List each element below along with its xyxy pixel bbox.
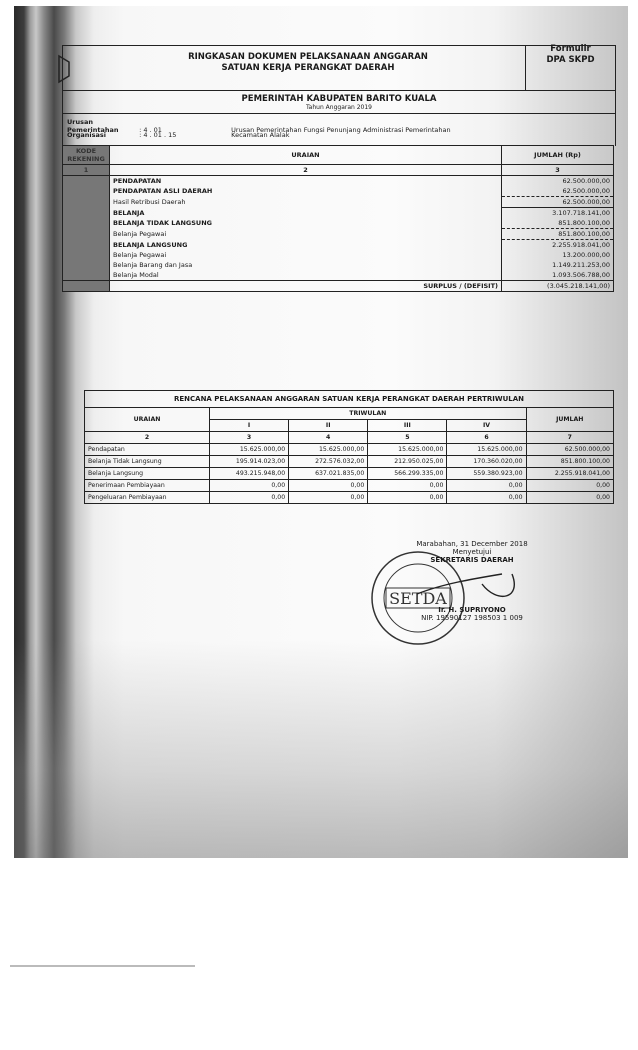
regency-logo-icon [57,54,71,84]
summary-row: PENDAPATAN ASLI DAERAH62.500.000,00 [63,186,614,197]
row-label: PENDAPATAN [110,176,502,187]
quarter-value: 0,00 [447,480,526,492]
row-label: Belanja Barang dan Jasa [110,260,502,270]
quarter-value: 0,00 [289,480,368,492]
q-header-uraian: URAIAN [85,408,210,432]
signature-block: Marabahan, 31 December 2018 Menyetujui S… [382,540,562,622]
q-header-jumlah: JUMLAH [526,408,613,432]
row-amount: 62.500.000,00 [502,176,614,187]
row-amount: 2.255.918.041,00 [502,240,614,251]
row-amount: 62.500.000,00 [502,186,614,197]
quarter-value: 493.215.948,00 [210,468,289,480]
quarter-value: 15.625.000,00 [447,444,526,456]
row-amount: 851.800.100,00 [502,229,614,240]
surplus-row: SURPLUS / (DEFISIT) (3.045.218.141,00) [63,281,614,292]
quarter-value: 0,00 [526,492,613,504]
signatory-position: SEKRETARIS DAERAH [382,556,562,564]
signatory-name: Ir. H. SUPRIYONO [382,606,562,614]
header-jumlah: JUMLAH (Rp) [502,146,614,165]
government-block: PEMERINTAH KABUPATEN BARITO KUALA Tahun … [62,90,616,113]
quarter-value: 15.625.000,00 [368,444,447,456]
signatory-nip: NIP. 19590127 198503 1 009 [382,614,562,622]
signature-scribble-icon [412,564,532,604]
row-label: PENDAPATAN ASLI DAERAH [110,186,502,197]
quarterly-table: URAIAN TRIWULAN JUMLAH I II III IV 2 3 4… [84,407,614,504]
row-amount: 62.500.000,00 [502,197,614,208]
quarter-row: Penerimaan Pembiayaan0,000,000,000,000,0… [85,480,614,492]
quarter-row-label: Belanja Langsung [85,468,210,480]
row-label: BELANJA [110,208,502,219]
quarter-row: Pengeluaran Pembiayaan0,000,000,000,000,… [85,492,614,504]
document-header: RINGKASAN DOKUMEN PELAKSANAAN ANGGARAN S… [62,45,616,91]
surplus-value: (3.045.218.141,00) [502,281,614,292]
header-kode: KODE REKENING [63,146,110,165]
quarter-value: 0,00 [210,492,289,504]
quarter-value: 0,00 [289,492,368,504]
quarter-value: 0,00 [526,480,613,492]
summary-row: Hasil Retribusi Daerah62.500.000,00 [63,197,614,208]
quarter-value: 170.360.020,00 [447,456,526,468]
quarter-value: 637.021.835,00 [289,468,368,480]
q-header-triwulan: TRIWULAN [210,408,527,420]
quarter-row-label: Pengeluaran Pembiayaan [85,492,210,504]
row-amount: 1.149.211.253,00 [502,260,614,270]
quarter-value: 15.625.000,00 [289,444,368,456]
organization-info: Urusan Pemerintahan : 4 . 01 Urusan Peme… [62,113,616,146]
summary-row: BELANJA3.107.718.141,00 [63,208,614,219]
quarter-value: 62.500.000,00 [526,444,613,456]
quarter-value: 212.950.025,00 [368,456,447,468]
government-name: PEMERINTAH KABUPATEN BARITO KUALA [63,94,615,104]
approval-label: Menyetujui [382,548,562,556]
quarterly-title: RENCANA PELAKSANAAN ANGGARAN SATUAN KERJ… [84,390,614,407]
summary-row: Belanja Barang dan Jasa1.149.211.253,00 [63,260,614,270]
scan-shadow [14,640,628,858]
row-label: Belanja Pegawai [110,229,502,240]
fiscal-year: Tahun Anggaran 2019 [63,104,615,111]
quarter-value: 851.800.100,00 [526,456,613,468]
summary-row: Belanja Modal1.093.506.788,00 [63,270,614,281]
quarter-value: 0,00 [368,492,447,504]
summary-row: Belanja Pegawai851.800.100,00 [63,229,614,240]
page-divider [10,965,195,967]
row-label: BELANJA LANGSUNG [110,240,502,251]
quarter-value: 0,00 [368,480,447,492]
quarter-value: 559.380.923,00 [447,468,526,480]
summary-row: Belanja Pegawai13.200.000,00 [63,250,614,260]
quarter-row-label: Belanja Tidak Langsung [85,456,210,468]
row-amount: 1.093.506.788,00 [502,270,614,281]
place-date: Marabahan, 31 December 2018 [382,540,562,548]
row-label: Hasil Retribusi Daerah [110,197,502,208]
row-label: Belanja Pegawai [110,250,502,260]
quarter-value: 2.255.918.041,00 [526,468,613,480]
quarter-row-label: Penerimaan Pembiayaan [85,480,210,492]
quarter-value: 566.299.335,00 [368,468,447,480]
quarter-row: Belanja Tidak Langsung195.914.023,00272.… [85,456,614,468]
document-title: RINGKASAN DOKUMEN PELAKSANAAN ANGGARAN S… [103,52,513,74]
quarter-row: Belanja Langsung493.215.948,00637.021.83… [85,468,614,480]
budget-summary-table: KODE REKENING URAIAN JUMLAH (Rp) 1 2 3 P… [62,145,614,292]
quarter-value: 272.576.032,00 [289,456,368,468]
row-amount: 851.800.100,00 [502,218,614,229]
form-code: Formulir DPA SKPD [525,46,615,91]
quarter-value: 0,00 [447,492,526,504]
summary-row: BELANJA TIDAK LANGSUNG851.800.100,00 [63,218,614,229]
summary-row: BELANJA LANGSUNG2.255.918.041,00 [63,240,614,251]
quarter-value: 195.914.023,00 [210,456,289,468]
row-amount: 13.200.000,00 [502,250,614,260]
quarter-value: 0,00 [210,480,289,492]
quarter-value: 15.625.000,00 [210,444,289,456]
row-label: Belanja Modal [110,270,502,281]
quarter-row-label: Pendapatan [85,444,210,456]
header-uraian: URAIAN [110,146,502,165]
quarterly-plan: RENCANA PELAKSANAAN ANGGARAN SATUAN KERJ… [84,390,614,504]
quarter-row: Pendapatan15.625.000,0015.625.000,0015.6… [85,444,614,456]
row-amount: 3.107.718.141,00 [502,208,614,219]
row-label: BELANJA TIDAK LANGSUNG [110,218,502,229]
organisasi-row: Organisasi : 4 . 01 . 15 Kecamatan Alala… [67,131,289,139]
surplus-label: SURPLUS / (DEFISIT) [110,281,502,292]
summary-row: PENDAPATAN62.500.000,00 [63,176,614,187]
